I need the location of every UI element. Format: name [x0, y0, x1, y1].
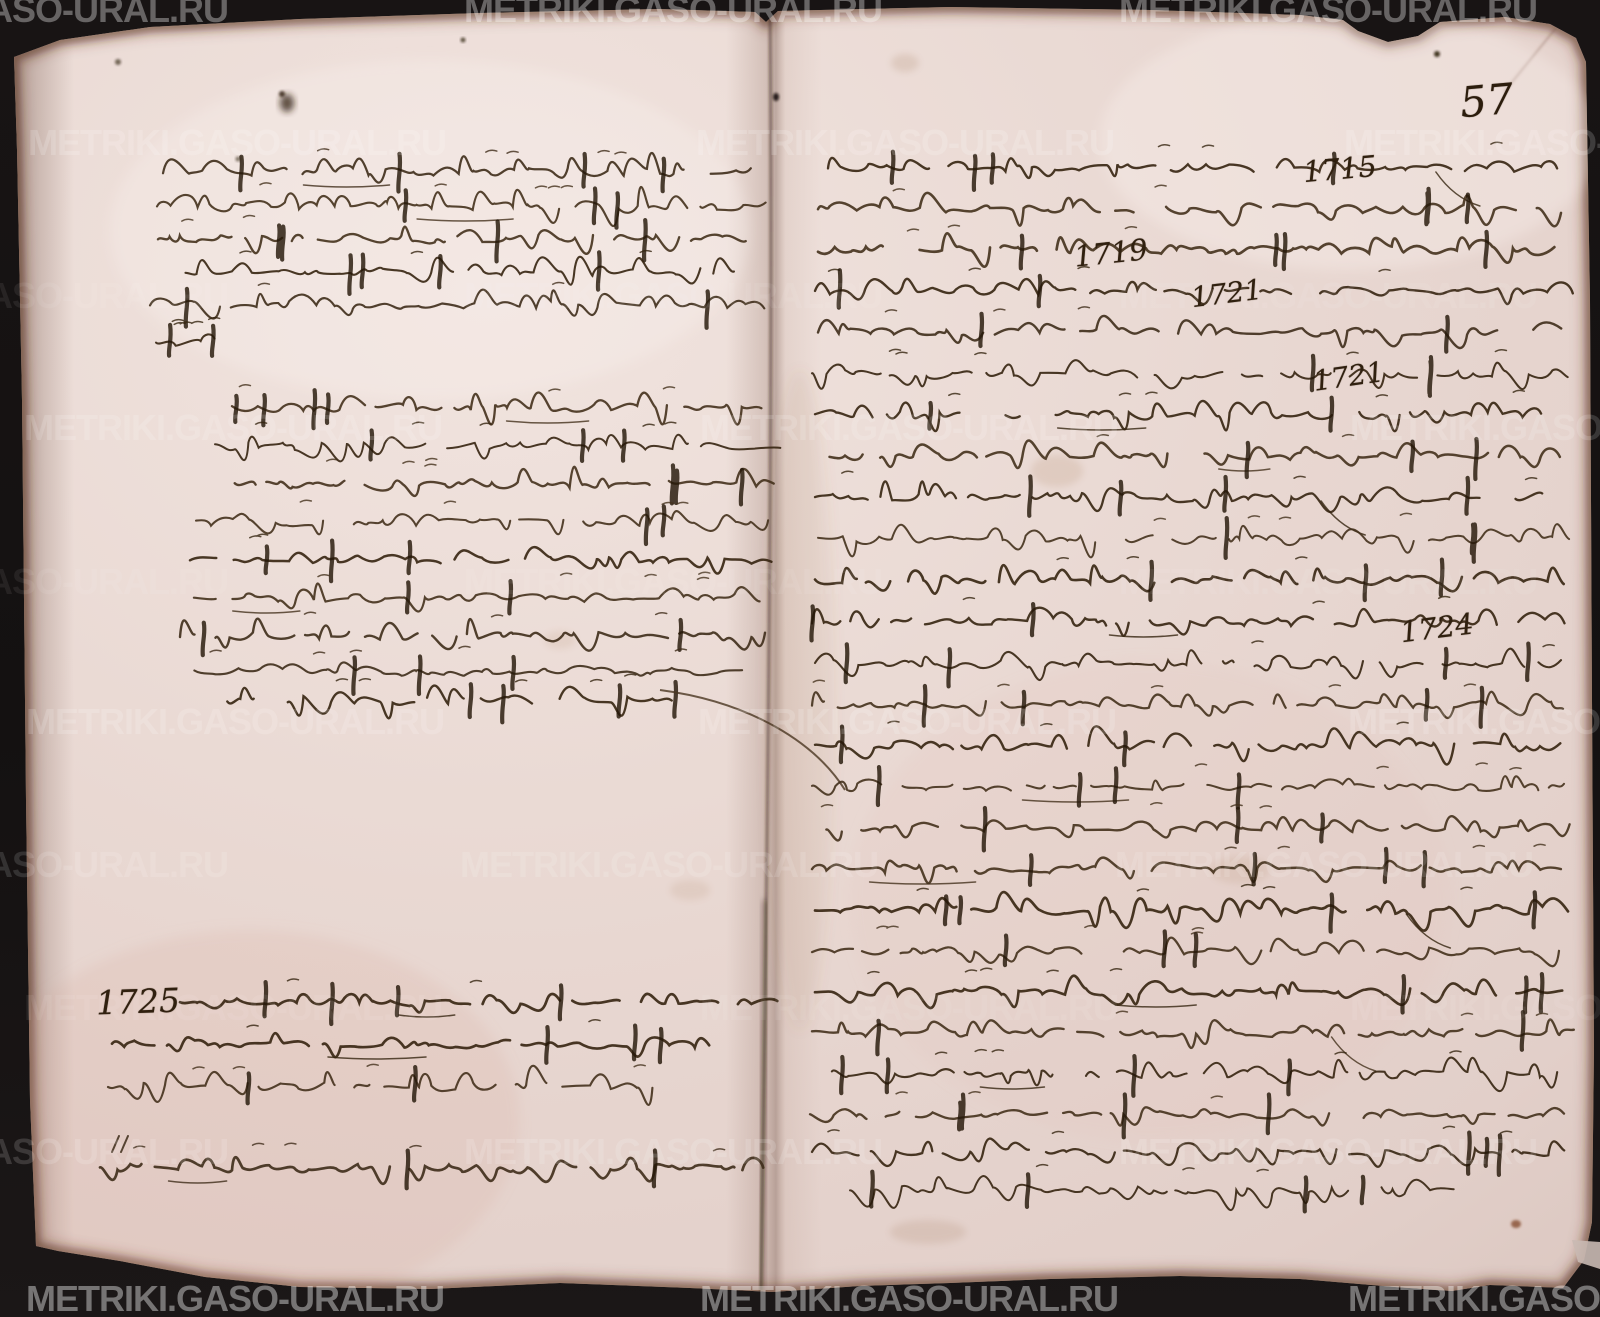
paper-tint [1100, 10, 1600, 270]
stain [115, 59, 121, 65]
paper-tint [110, 60, 750, 400]
stain [890, 1220, 966, 1244]
manuscript-scan: METRIKI.GASO-URAL.RUMETRIKI.GASO-URAL.RU… [0, 0, 1600, 1317]
stain [279, 91, 285, 97]
paper-tint [0, 930, 520, 1310]
stain [1031, 455, 1083, 487]
stain [461, 38, 466, 43]
stain [773, 93, 779, 101]
stain [670, 880, 710, 900]
stain [1210, 856, 1270, 884]
paper-tint [766, 370, 834, 1030]
stain [891, 54, 919, 72]
stain [1511, 1220, 1521, 1228]
paper-spread [0, 0, 1600, 1317]
stain [1434, 51, 1440, 57]
